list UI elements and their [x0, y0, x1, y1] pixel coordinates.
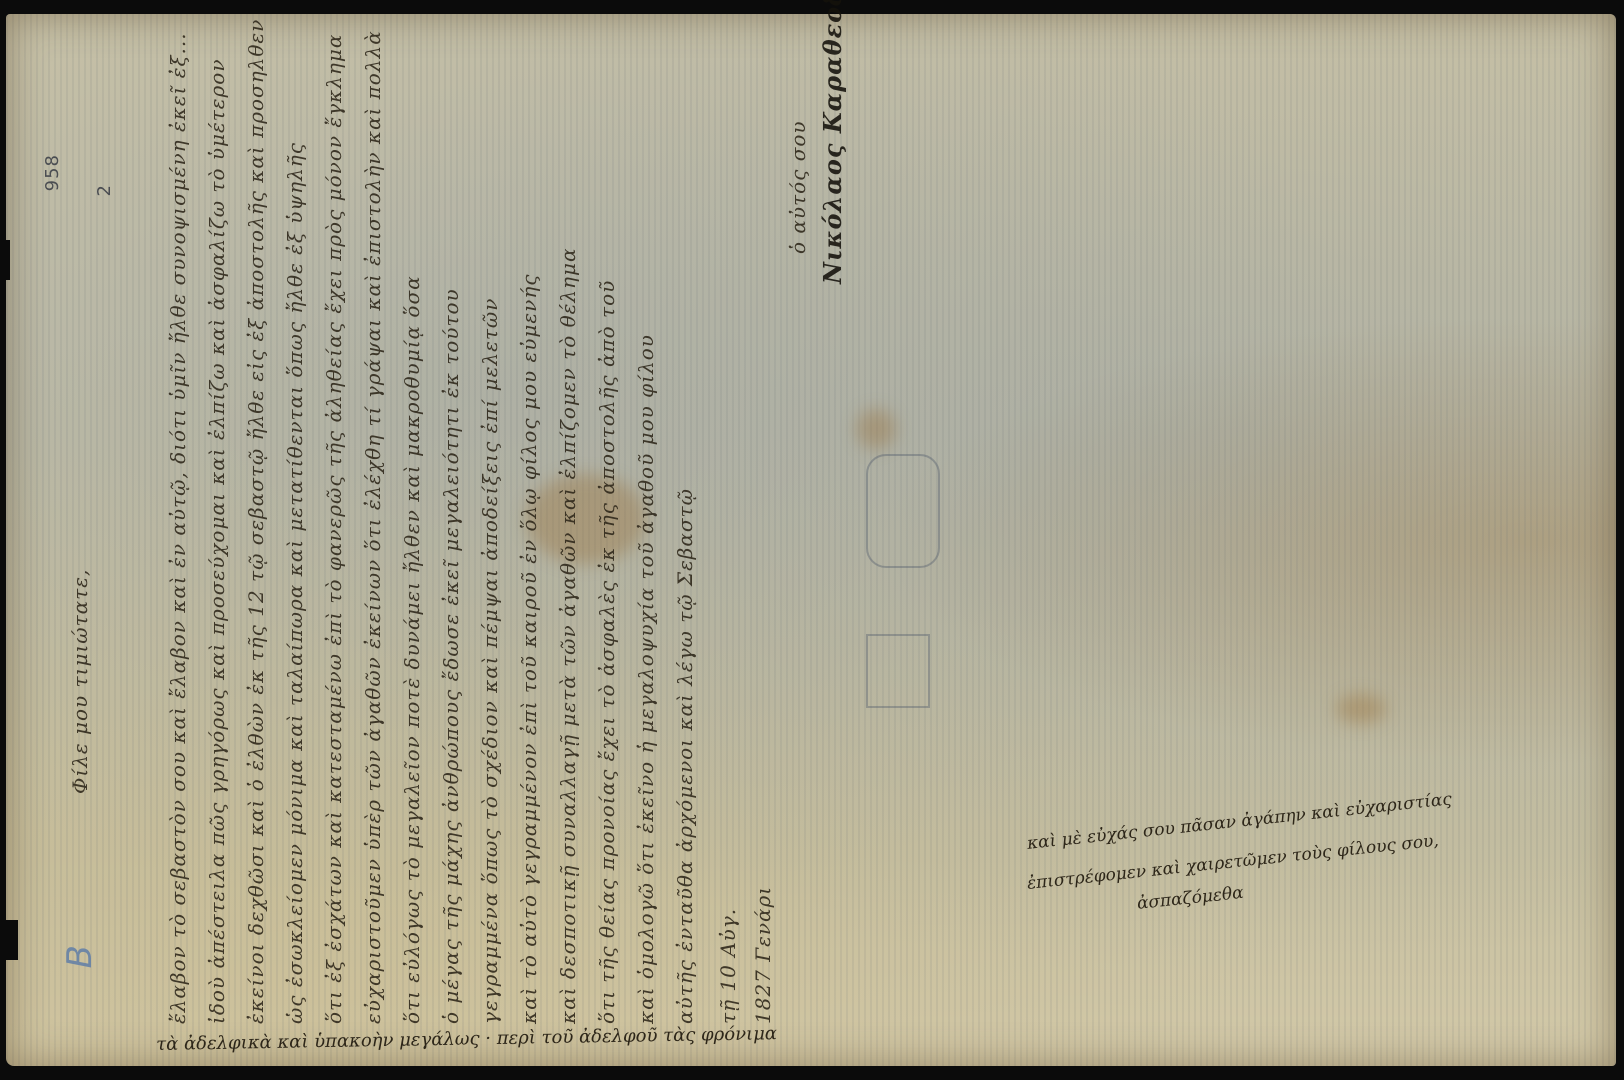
- body-line: αὐτῆς ἐνταῦθα ἀρχόμενοι καὶ λέγω τῷ Σεβα…: [673, 34, 697, 1024]
- salutation: Φίλε μου τιμιώτατε,: [68, 634, 92, 794]
- water-stain: [526, 474, 646, 564]
- bottom-margin-line: τὰ ἀδελφικὰ καὶ ὑπακοὴν μεγάλως · περὶ τ…: [156, 1023, 777, 1055]
- water-stain: [1336, 694, 1386, 724]
- blue-pencil-mark: B: [60, 944, 100, 968]
- body-line: εὐχαριστοῦμεν ὑπὲρ τῶν ἀγαθῶν ἐκείνων ὅτ…: [361, 34, 385, 1024]
- body-line: ὅτι τῆς θείας προνοίας ἔχει τὸ ἀσφαλὲς ἐ…: [595, 34, 619, 1024]
- body-line: ὡς ἐσωκλείομεν μόνιμα καὶ ταλαίπωρα καὶ …: [283, 34, 307, 1024]
- date-place: τῇ 10 Αὐγ.: [716, 904, 740, 1024]
- year-line: 1827 Γενάρι: [751, 904, 775, 1024]
- body-line: γεγραμμένα ὅπως τὸ σχέδιον καὶ πέμψαι ἀπ…: [478, 34, 502, 1024]
- body-line: καὶ δεσποτικῇ συναλλαγῇ μετὰ τῶν ἀγαθῶν …: [556, 34, 580, 1024]
- body-line: καὶ ὁμολογῶ ὅτι ἐκεῖνο ἡ μεγαλοψυχία τοῦ…: [634, 34, 658, 1024]
- body-line: ὁ μέγας τῆς μάχης ἀνθρώπους ἔδωσε ἐκεῖ μ…: [439, 34, 463, 1024]
- torn-edge: [0, 240, 10, 280]
- manuscript-page: 958 2 B Φίλε μου τιμιώτατε, ἔλαβον τὸ σε…: [6, 14, 1616, 1066]
- side-note-line: ἀσπαζόμεθα: [1136, 883, 1245, 914]
- water-stain: [856, 409, 896, 449]
- page-mark: 2: [94, 184, 115, 196]
- body-line: καὶ τὸ αὐτὸ γεγραμμένον ἐπὶ τοῦ καιροῦ ἐ…: [517, 34, 541, 1024]
- pencil-sketch: [866, 634, 930, 708]
- pencil-sketch: [866, 454, 940, 568]
- signature: Νικόλαος Καραθεοδωρῆς: [818, 24, 847, 284]
- body-line: ὅτι ἐξ ἐσχάτων καὶ κατεσταμένω ἐπὶ τὸ φα…: [322, 34, 346, 1024]
- torn-edge: [0, 920, 18, 960]
- body-line: ὅτι εὐλόγως τὸ μεγαλεῖον ποτὲ δυνάμει ἤλ…: [400, 34, 424, 1024]
- body-line: ἰδοὺ ἀπέστειλα πῶς γρηγόρως καὶ προσεύχο…: [205, 34, 229, 1024]
- closing: ὁ αὐτός σου: [786, 74, 810, 254]
- torn-edge: [170, 0, 530, 14]
- archive-number: 958: [42, 154, 63, 191]
- body-line: ἔλαβον τὸ σεβαστὸν σου καὶ ἔλαβον καὶ ἐν…: [166, 34, 190, 1024]
- body-line: ἐκείνοι δεχθῶσι καὶ ὁ ἐλθὼν ἐκ τῆς 12 τῷ…: [244, 34, 268, 1024]
